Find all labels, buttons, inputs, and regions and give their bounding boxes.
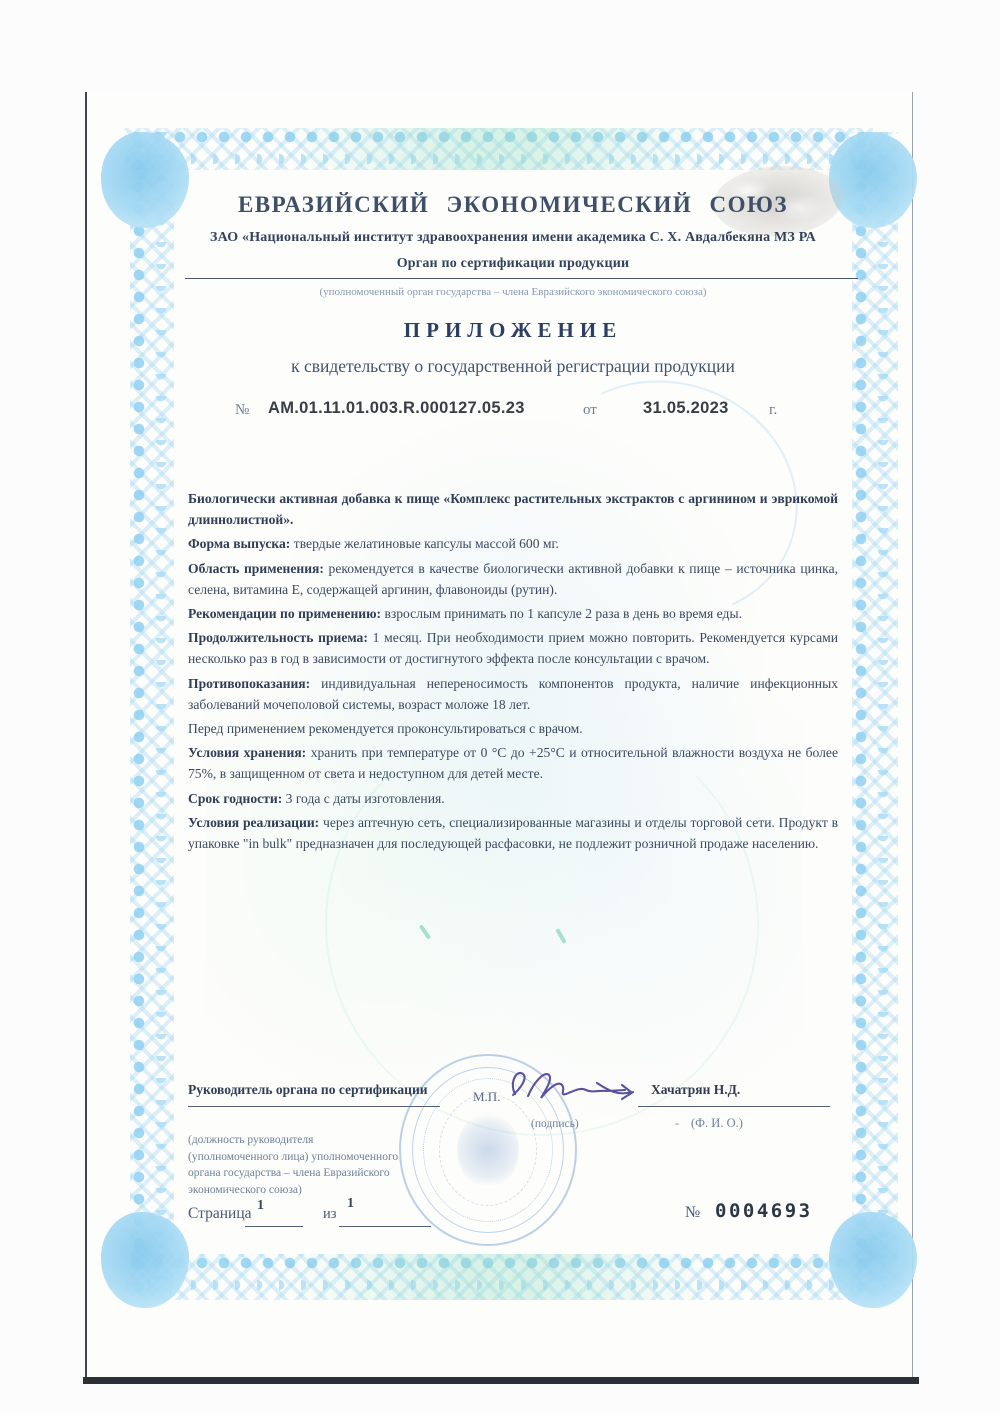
form-number-label: № [685, 1204, 700, 1222]
border-corner-bottom-right [829, 1212, 917, 1308]
signature-caption: (подпись) [531, 1118, 579, 1130]
page-current-line [245, 1226, 303, 1227]
page-total-value: 1 [347, 1196, 354, 1212]
certificate-page: ЕВРАЗИЙСКИЙ ЭКОНОМИЧЕСКИЙ СОЮЗ ЗАО «Наци… [85, 92, 913, 1384]
handwritten-signature [501, 1062, 641, 1112]
signature-left-note: (должность руководителя(уполномоченного … [188, 1132, 468, 1198]
note-line: органа государства – члена Евразийского [188, 1165, 468, 1182]
signatory-role-title: Руководитель органа по сертификации [188, 1082, 428, 1098]
border-pattern-bottom [125, 1254, 873, 1300]
union-title: ЕВРАЗИЙСКИЙ ЭКОНОМИЧЕСКИЙ СОЮЗ [188, 192, 838, 218]
document-subtitle: к свидетельству о государственной регист… [188, 356, 838, 377]
page-of-label: из [323, 1206, 337, 1223]
reg-number-label: № [235, 402, 249, 419]
watermark-tick [419, 924, 431, 939]
watermark-tick [555, 928, 566, 944]
body-paragraph: Срок годности: 3 года с даты изготовлени… [188, 788, 838, 809]
border-pattern-left [130, 132, 174, 1296]
body-paragraph: Продолжительность приема: 1 месяц. При н… [188, 627, 838, 669]
reg-date: 31.05.2023 [643, 399, 729, 418]
name-caption: (Ф. И. О.) [691, 1116, 743, 1131]
org-cert-body-line: Орган по сертификации продукции [188, 256, 838, 272]
page-edge-left [85, 92, 87, 1384]
body-paragraph: Условия реализации: через аптечную сеть,… [188, 812, 838, 854]
body-paragraph: Противопоказания: индивидуальная неперен… [188, 673, 838, 715]
org-name-line: ЗАО «Национальный институт здравоохранен… [188, 230, 838, 246]
body-paragraph: Форма выпуска: твердые желатиновые капсу… [188, 533, 838, 554]
document-title: ПРИЛОЖЕНИЕ [188, 318, 838, 343]
reg-year-label: г. [769, 402, 777, 419]
header-divider [185, 278, 858, 279]
page-edge-right [912, 92, 913, 1384]
signature-rule-right [638, 1106, 830, 1107]
border-pattern-right [852, 132, 898, 1296]
body-paragraph: Область применения: рекомендуется в каче… [188, 558, 838, 600]
authority-note: (уполномоченный орган государства – член… [188, 286, 838, 298]
page-edge-bottom [83, 1377, 919, 1384]
page-count-label: Страница [188, 1205, 252, 1223]
body-paragraph: Рекомендации по применению: взрослым при… [188, 603, 838, 624]
screenshot-canvas: ЕВРАЗИЙСКИЙ ЭКОНОМИЧЕСКИЙ СОЮЗ ЗАО «Наци… [0, 0, 1000, 1413]
border-corner-top-left [101, 132, 189, 228]
border-pattern-top [125, 128, 873, 170]
note-line: экономического союза) [188, 1182, 468, 1199]
page-current-value: 1 [257, 1198, 264, 1214]
body-paragraph: Биологически активная добавка к пище «Ко… [188, 488, 838, 530]
note-line: (уполномоченного лица) уполномоченного [188, 1149, 468, 1166]
border-corner-top-right [829, 132, 917, 228]
form-number: 0004693 [715, 1200, 813, 1222]
body-text: Биологически активная добавка к пище «Ко… [188, 488, 838, 857]
signatory-name: Хачатрян Н.Д. [651, 1082, 740, 1098]
page-total-line [339, 1226, 431, 1227]
seal-place-label: М.П. [473, 1089, 500, 1105]
name-caption-dash: - [675, 1116, 679, 1131]
note-line: (должность руководителя [188, 1132, 468, 1149]
body-paragraph: Условия хранения: хранить при температур… [188, 742, 838, 784]
border-corner-bottom-left [101, 1212, 189, 1308]
signature-rule-left [188, 1106, 440, 1107]
reg-number: AM.01.11.01.003.R.000127.05.23 [268, 399, 525, 418]
body-paragraph: Перед применением рекомендуется проконсу… [188, 718, 838, 739]
reg-date-label: от [583, 402, 597, 419]
